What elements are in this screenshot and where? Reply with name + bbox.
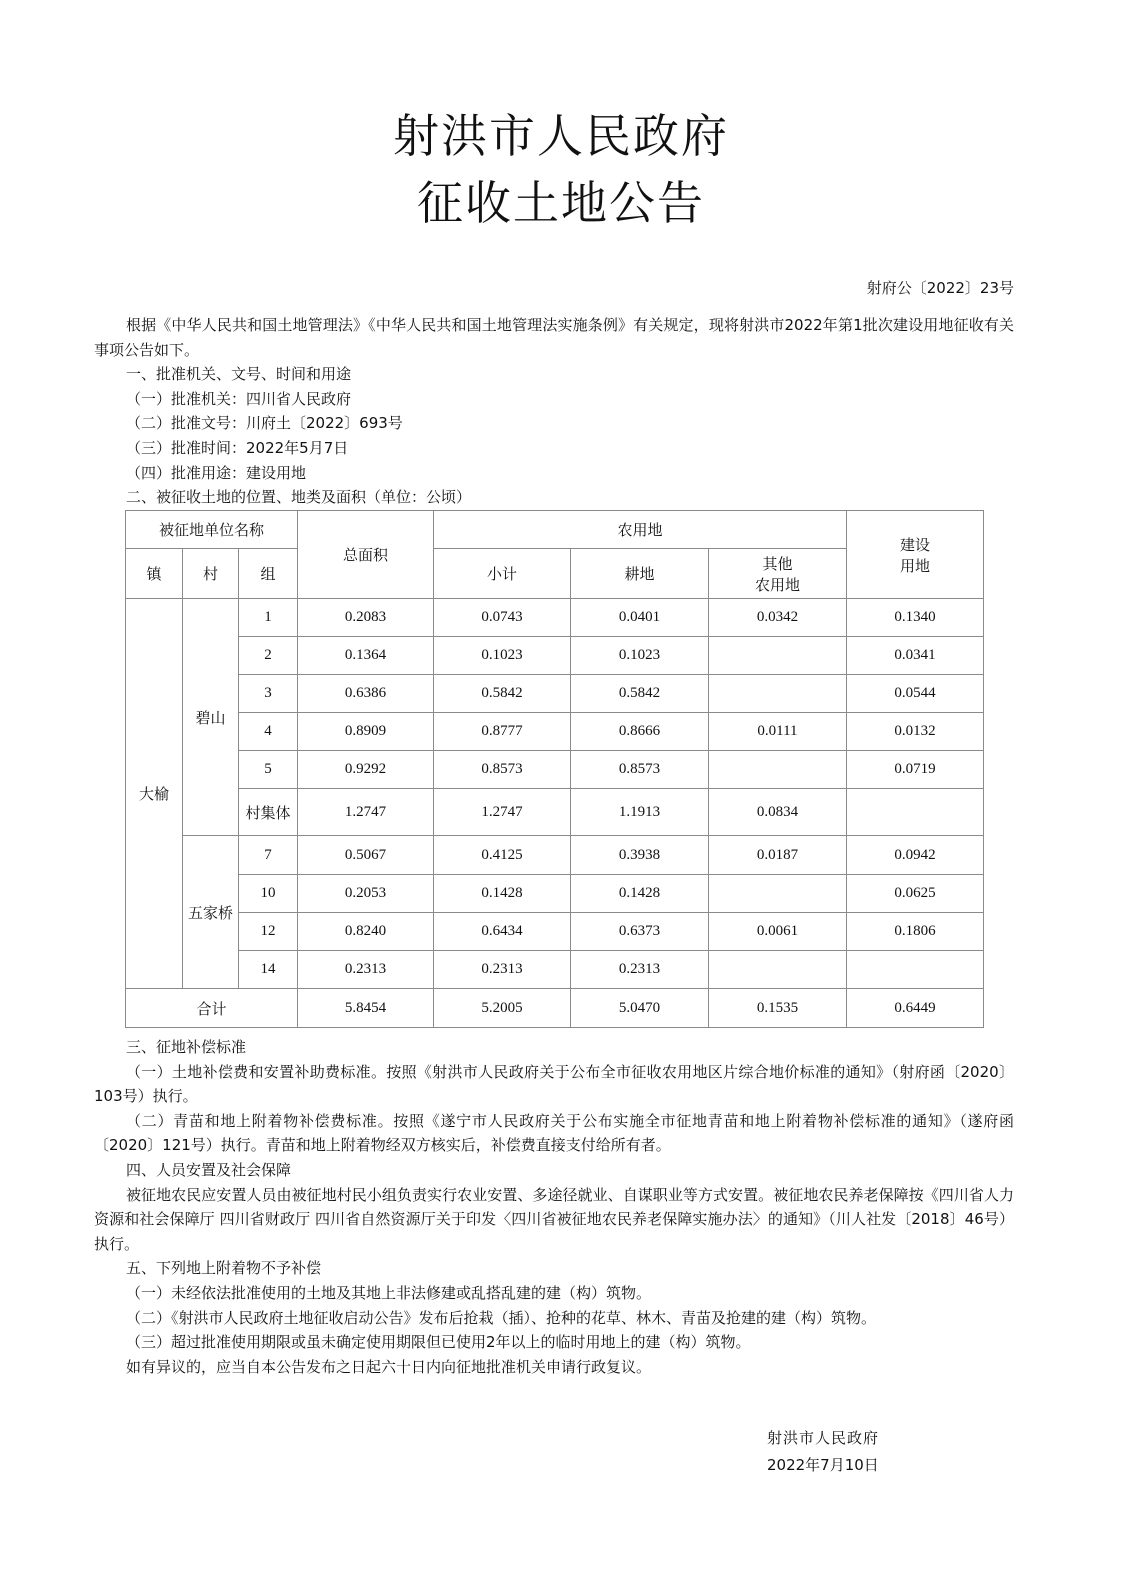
section-3-heading: 三、征地补偿标准 bbox=[94, 1035, 1014, 1060]
signature-issuer: 射洪市人民政府 bbox=[767, 1427, 879, 1448]
total-cell: 5.8454 bbox=[298, 989, 434, 1028]
total-cell: 0.9292 bbox=[298, 751, 434, 789]
total-cell: 0.2053 bbox=[298, 875, 434, 913]
section-4-text: 被征地农民应安置人员由被征地村民小组负责实行农业安置、多途径就业、自谋职业等方式… bbox=[94, 1183, 1014, 1257]
other-cell bbox=[709, 751, 847, 789]
cultivated-cell: 0.1428 bbox=[571, 875, 709, 913]
cultivated-cell: 0.8666 bbox=[571, 713, 709, 751]
other-cell: 0.0342 bbox=[709, 599, 847, 637]
table-row: 14 0.2313 0.2313 0.2313 bbox=[126, 951, 984, 989]
subtotal-cell: 5.2005 bbox=[434, 989, 571, 1028]
header-total-area: 总面积 bbox=[298, 511, 434, 599]
group-cell: 2 bbox=[239, 637, 298, 675]
construction-cell: 0.1806 bbox=[847, 913, 984, 951]
total-cell: 0.2313 bbox=[298, 951, 434, 989]
section-2-heading: 二、被征收土地的位置、地类及面积（单位：公顷） bbox=[94, 485, 1014, 510]
other-cell bbox=[709, 951, 847, 989]
title-line-1: 射洪市人民政府 bbox=[0, 100, 1122, 166]
section-5-item: （三）超过批准使用期限或虽未确定使用期限但已使用2年以上的临时用地上的建（构）筑… bbox=[94, 1330, 1014, 1355]
table-row: 2 0.1364 0.1023 0.1023 0.0341 bbox=[126, 637, 984, 675]
header-agricultural: 农用地 bbox=[434, 511, 847, 549]
cultivated-cell: 0.5842 bbox=[571, 675, 709, 713]
total-cell: 0.8240 bbox=[298, 913, 434, 951]
total-label: 合计 bbox=[126, 989, 298, 1028]
header-unit-name: 被征地单位名称 bbox=[126, 511, 298, 549]
construction-cell: 0.6449 bbox=[847, 989, 984, 1028]
construction-cell: 0.0132 bbox=[847, 713, 984, 751]
table-row: 4 0.8909 0.8777 0.8666 0.0111 0.0132 bbox=[126, 713, 984, 751]
table-row: 5 0.9292 0.8573 0.8573 0.0719 bbox=[126, 751, 984, 789]
header-cultivated: 耕地 bbox=[571, 549, 709, 599]
total-cell: 0.6386 bbox=[298, 675, 434, 713]
subtotal-cell: 0.6434 bbox=[434, 913, 571, 951]
construction-cell: 0.1340 bbox=[847, 599, 984, 637]
subtotal-cell: 0.1023 bbox=[434, 637, 571, 675]
other-cell: 0.1535 bbox=[709, 989, 847, 1028]
group-cell: 14 bbox=[239, 951, 298, 989]
construction-cell: 0.0942 bbox=[847, 836, 984, 875]
section-5-item: （二）《射洪市人民政府土地征收启动公告》发布后抢栽（插）、抢种的花草、林木、青苗… bbox=[94, 1306, 1014, 1331]
subtotal-cell: 0.4125 bbox=[434, 836, 571, 875]
header-subtotal: 小计 bbox=[434, 549, 571, 599]
construction-cell bbox=[847, 951, 984, 989]
other-cell bbox=[709, 675, 847, 713]
section-1-item: （一）批准机关：四川省人民政府 bbox=[94, 387, 1014, 412]
header-other-agricultural: 其他农用地 bbox=[709, 549, 847, 599]
subtotal-cell: 0.8573 bbox=[434, 751, 571, 789]
header-village: 村 bbox=[183, 549, 239, 599]
other-cell: 0.0111 bbox=[709, 713, 847, 751]
table-row: 村集体 1.2747 1.2747 1.1913 0.0834 bbox=[126, 789, 984, 836]
other-cell bbox=[709, 875, 847, 913]
other-cell bbox=[709, 637, 847, 675]
section-3-item: （一）土地补偿费和安置补助费标准。按照《射洪市人民政府关于公布全市征收农用地区片… bbox=[94, 1060, 1014, 1109]
title-line-2: 征收土地公告 bbox=[0, 167, 1122, 233]
construction-cell: 0.0625 bbox=[847, 875, 984, 913]
group-cell: 村集体 bbox=[239, 789, 298, 836]
group-cell: 12 bbox=[239, 913, 298, 951]
table-row: 12 0.8240 0.6434 0.6373 0.0061 0.1806 bbox=[126, 913, 984, 951]
group-cell: 1 bbox=[239, 599, 298, 637]
section-4-heading: 四、人员安置及社会保障 bbox=[94, 1158, 1014, 1183]
section-5-item: （一）未经依法批准使用的土地及其地上非法修建或乱搭乱建的建（构）筑物。 bbox=[94, 1281, 1014, 1306]
construction-cell bbox=[847, 789, 984, 836]
group-cell: 4 bbox=[239, 713, 298, 751]
cultivated-cell: 0.1023 bbox=[571, 637, 709, 675]
total-cell: 0.8909 bbox=[298, 713, 434, 751]
cultivated-cell: 5.0470 bbox=[571, 989, 709, 1028]
other-cell: 0.0061 bbox=[709, 913, 847, 951]
subtotal-cell: 0.5842 bbox=[434, 675, 571, 713]
header-group: 组 bbox=[239, 549, 298, 599]
construction-cell: 0.0544 bbox=[847, 675, 984, 713]
intro-paragraph: 根据《中华人民共和国土地管理法》《中华人民共和国土地管理法实施条例》有关规定，现… bbox=[94, 313, 1014, 362]
group-cell: 3 bbox=[239, 675, 298, 713]
cultivated-cell: 0.0401 bbox=[571, 599, 709, 637]
subtotal-cell: 0.8777 bbox=[434, 713, 571, 751]
section-5-heading: 五、下列地上附着物不予补偿 bbox=[94, 1256, 1014, 1281]
other-cell: 0.0834 bbox=[709, 789, 847, 836]
document-number: 射府公〔2022〕23号 bbox=[867, 277, 1014, 298]
subtotal-cell: 0.2313 bbox=[434, 951, 571, 989]
header-town: 镇 bbox=[126, 549, 183, 599]
section-1-item: （四）批准用途：建设用地 bbox=[94, 461, 1014, 486]
cultivated-cell: 0.2313 bbox=[571, 951, 709, 989]
header-construction: 建设用地 bbox=[847, 511, 984, 599]
table-row: 五家桥 7 0.5067 0.4125 0.3938 0.0187 0.0942 bbox=[126, 836, 984, 875]
group-cell: 7 bbox=[239, 836, 298, 875]
cultivated-cell: 0.3938 bbox=[571, 836, 709, 875]
section-1-item: （三）批准时间：2022年5月7日 bbox=[94, 436, 1014, 461]
closing-paragraph: 如有异议的，应当自本公告发布之日起六十日内向征地批准机关申请行政复议。 bbox=[94, 1355, 1014, 1380]
cultivated-cell: 0.6373 bbox=[571, 913, 709, 951]
total-cell: 0.5067 bbox=[298, 836, 434, 875]
section-3-item: （二）青苗和地上附着物补偿费标准。按照《遂宁市人民政府关于公布实施全市征地青苗和… bbox=[94, 1109, 1014, 1158]
lower-body: 三、征地补偿标准 （一）土地补偿费和安置补助费标准。按照《射洪市人民政府关于公布… bbox=[94, 1035, 1014, 1379]
village-cell: 碧山 bbox=[183, 599, 239, 836]
subtotal-cell: 0.1428 bbox=[434, 875, 571, 913]
group-cell: 5 bbox=[239, 751, 298, 789]
town-cell: 大榆 bbox=[126, 599, 183, 989]
construction-cell: 0.0719 bbox=[847, 751, 984, 789]
other-cell: 0.0187 bbox=[709, 836, 847, 875]
signature-date: 2022年7月10日 bbox=[767, 1454, 879, 1475]
total-cell: 0.2083 bbox=[298, 599, 434, 637]
table-row: 大榆 碧山 1 0.2083 0.0743 0.0401 0.0342 0.13… bbox=[126, 599, 984, 637]
village-cell: 五家桥 bbox=[183, 836, 239, 989]
cultivated-cell: 1.1913 bbox=[571, 789, 709, 836]
group-cell: 10 bbox=[239, 875, 298, 913]
subtotal-cell: 1.2747 bbox=[434, 789, 571, 836]
section-1-heading: 一、批准机关、文号、时间和用途 bbox=[94, 362, 1014, 387]
section-1-item: （二）批准文号：川府土〔2022〕693号 bbox=[94, 411, 1014, 436]
cultivated-cell: 0.8573 bbox=[571, 751, 709, 789]
subtotal-cell: 0.0743 bbox=[434, 599, 571, 637]
table-row: 10 0.2053 0.1428 0.1428 0.0625 bbox=[126, 875, 984, 913]
total-cell: 0.1364 bbox=[298, 637, 434, 675]
table-row: 3 0.6386 0.5842 0.5842 0.0544 bbox=[126, 675, 984, 713]
total-row: 合计 5.8454 5.2005 5.0470 0.1535 0.6449 bbox=[126, 989, 984, 1028]
upper-body: 根据《中华人民共和国土地管理法》《中华人民共和国土地管理法实施条例》有关规定，现… bbox=[94, 313, 1014, 510]
land-table: 被征地单位名称 总面积 农用地 建设用地 镇 村 组 小计 耕地 其他农用地 大… bbox=[125, 510, 984, 1028]
construction-cell: 0.0341 bbox=[847, 637, 984, 675]
total-cell: 1.2747 bbox=[298, 789, 434, 836]
